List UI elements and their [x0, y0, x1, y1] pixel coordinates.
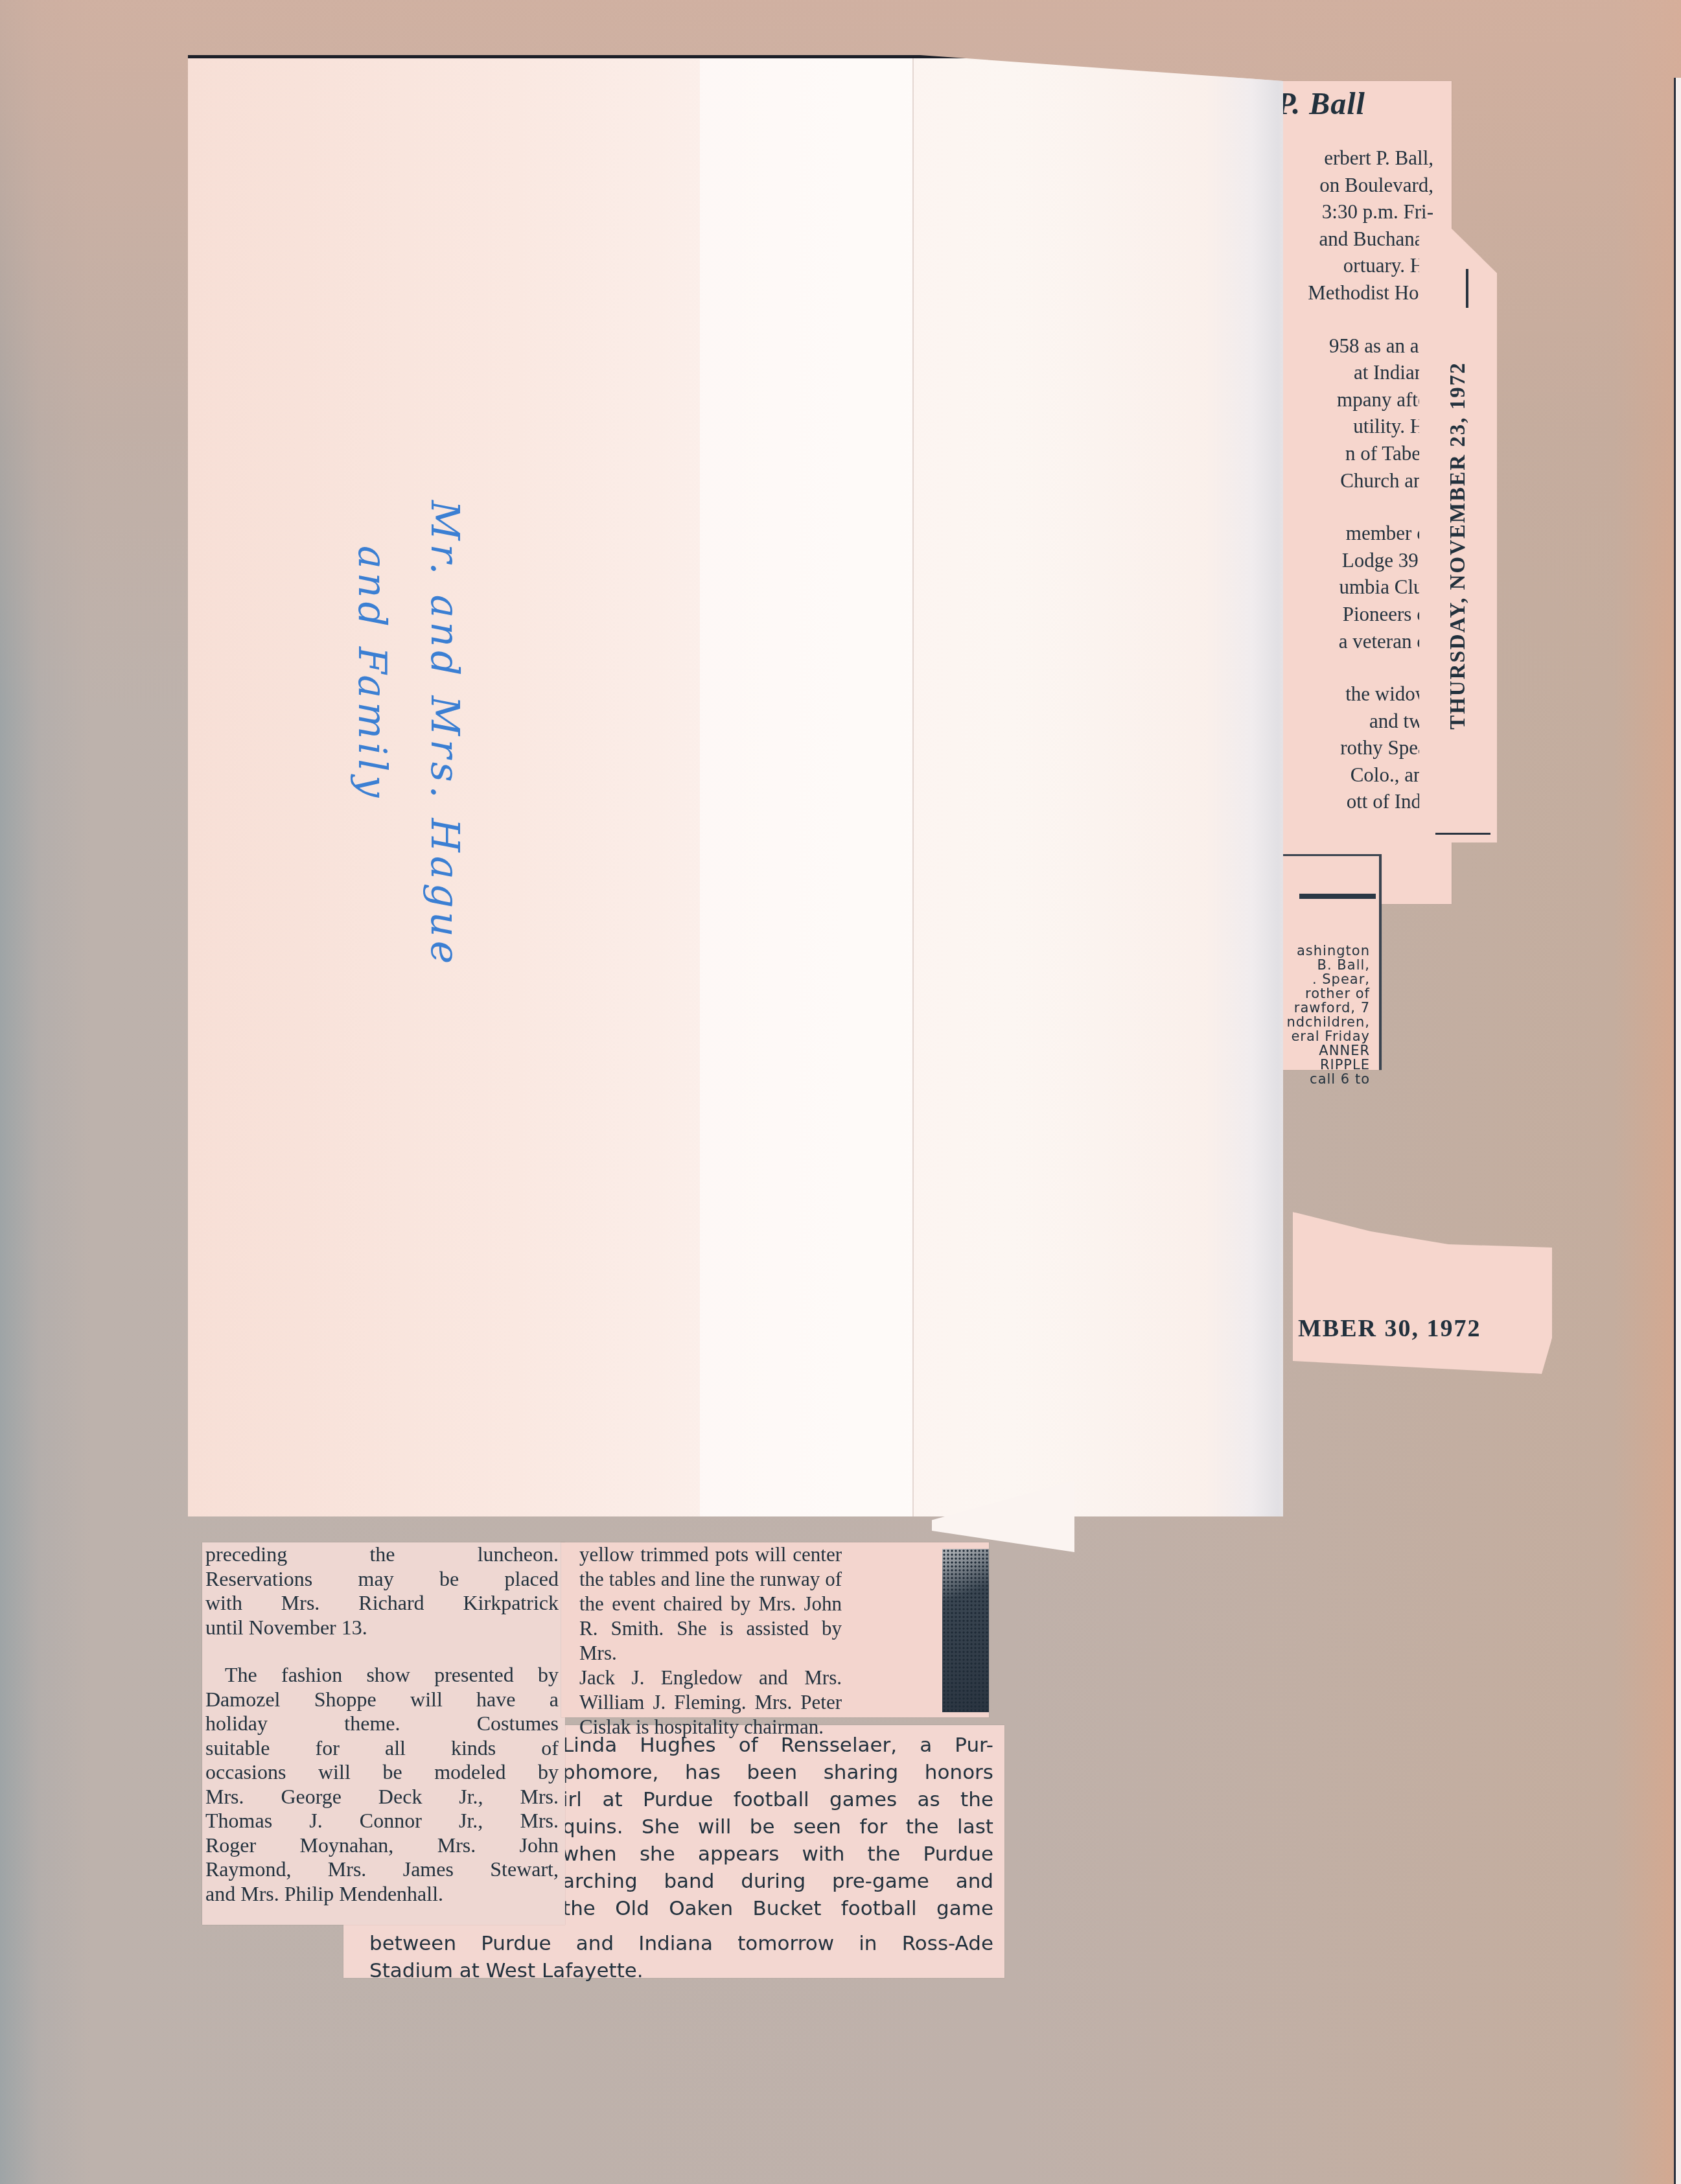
dateline-text: MBER 30, 1972 — [1298, 1314, 1481, 1343]
clipping-line: preceding the luncheon. — [205, 1542, 559, 1567]
clipping-line: yellow trimmed pots will center — [579, 1542, 842, 1567]
clipping-line: arching band during pre-game and — [562, 1868, 993, 1895]
clipping-line: Reservations may be placed — [205, 1567, 559, 1592]
obituary-line: umbia Club — [1264, 574, 1433, 601]
envelope: Mr. and Mrs. Hague and Family — [188, 55, 1283, 1516]
obituary-line: and two — [1264, 708, 1433, 735]
adjacent-page-edge — [1674, 78, 1681, 2184]
clipping-body: preceding the luncheon. Reservations may… — [205, 1542, 559, 1906]
clipping-line: Damozel Shoppe will have a — [205, 1688, 559, 1712]
halftone-photo — [942, 1549, 989, 1712]
notice-line: eral Friday — [1286, 1029, 1370, 1043]
notice-line: . Spear, — [1286, 972, 1370, 986]
obituary-line: ortuary. He — [1264, 252, 1433, 279]
obituary-line: utility. He — [1264, 413, 1433, 440]
notice-rule — [1299, 894, 1376, 899]
clipping-line: phomore, has been sharing honors — [562, 1759, 993, 1786]
obituary-line: 3:30 p.m. Fri- — [1264, 198, 1433, 226]
clipping-line: Mrs. George Deck Jr., Mrs. — [205, 1785, 559, 1809]
obituary-line: erbert P. Ball, — [1264, 145, 1433, 172]
clipping-line: Roger Moynahan, Mrs. John — [205, 1833, 559, 1858]
handwriting-line: Mr. and Mrs. Hague — [408, 500, 481, 1084]
clipping-line: R. Smith. She is assisted by Mrs. — [579, 1616, 842, 1666]
obituary-line: the widow, — [1264, 680, 1433, 708]
dateline-strip: THURSDAY, NOVEMBER 23, 1972 — [1419, 224, 1497, 842]
dateline-rule — [1435, 833, 1490, 835]
obituary-line: member of — [1264, 520, 1433, 547]
clipping-line: when she appears with the Purdue — [562, 1841, 993, 1868]
clipping-line: Jack J. Engledow and Mrs. — [579, 1666, 842, 1690]
obituary-line: Pioneers of — [1264, 601, 1433, 628]
notice-line: rother of — [1286, 986, 1370, 1001]
obituary-line: n of Taber- — [1264, 440, 1433, 467]
obituary-line: 958 as an as- — [1264, 332, 1433, 360]
notice-line: ANNER — [1286, 1043, 1370, 1058]
obituary-line: Methodist Hos- — [1264, 279, 1433, 307]
clipping-line: quins. She will be seen for the last — [562, 1813, 993, 1841]
clipping-line: suitable for all kinds of — [205, 1736, 559, 1761]
clipping-line: the tables and line the runway of — [579, 1567, 842, 1592]
obituary-body: erbert P. Ball, on Boulevard, 3:30 p.m. … — [1264, 145, 1433, 815]
obituary-line: rothy Spear — [1264, 734, 1433, 761]
obituary-line: a veteran of — [1264, 628, 1433, 655]
obituary-line: at Indiana — [1264, 359, 1433, 386]
clipping-line: the Old Oaken Bucket football game — [562, 1895, 993, 1922]
clipping-line: Thomas J. Connor Jr., Mrs. — [205, 1809, 559, 1833]
clipping-line: The fashion show presented by — [205, 1663, 559, 1688]
clipping-line: Stadium at West Lafayette. — [369, 1957, 993, 1984]
obituary-line: mpany after — [1264, 386, 1433, 413]
november-30-clipping: MBER 30, 1972 — [1293, 1212, 1552, 1374]
clipping-line: William J. Fleming. Mrs. Peter — [579, 1690, 842, 1715]
notice-line: ashington — [1286, 944, 1370, 958]
obituary-line: Lodge 398, — [1264, 547, 1433, 574]
notice-line: call 6 to — [1286, 1072, 1370, 1086]
handwriting-line: and Family — [336, 500, 408, 1084]
notice-line: rawford, 7 — [1286, 1001, 1370, 1015]
obituary-line: on Boulevard, — [1264, 172, 1433, 199]
clipping-line: occasions will be modeled by — [205, 1760, 559, 1785]
clipping-line: Cislak is hospitality chairman. — [579, 1715, 842, 1739]
clipping-body: yellow trimmed pots will center the tabl… — [579, 1542, 842, 1739]
dateline-rule — [1466, 269, 1468, 308]
clipping-line: irl at Purdue football games as the — [562, 1786, 993, 1813]
obituary-line: Church and — [1264, 467, 1433, 494]
clipping-body: Linda Hughes of Rensselaer, a Pur- phomo… — [562, 1732, 993, 1922]
handwritten-address: Mr. and Mrs. Hague and Family — [336, 500, 481, 1084]
obituary-line: Colo., and — [1264, 761, 1433, 789]
funeral-notice-clipping: ashington B. Ball, . Spear, rother of ra… — [1270, 854, 1382, 1070]
clipping-line: the event chaired by Mrs. John — [579, 1592, 842, 1616]
clipping-line: and Mrs. Philip Mendenhall. — [205, 1882, 559, 1907]
envelope-fold — [912, 58, 914, 1516]
clipping-line: with Mrs. Richard Kirkpatrick — [205, 1591, 559, 1616]
clipping-line: until November 13. — [205, 1616, 559, 1640]
clipping-line: holiday theme. Costumes — [205, 1712, 559, 1736]
envelope-highlight — [700, 58, 914, 1516]
luncheon-clipping: yellow trimmed pots will center the tabl… — [561, 1542, 989, 1717]
notice-line: B. Ball, — [1286, 958, 1370, 972]
dateline-text: THURSDAY, NOVEMBER 23, 1972 — [1446, 362, 1470, 730]
notice-text: ashington B. Ball, . Spear, rother of ra… — [1286, 944, 1370, 1086]
clipping-body-wide: between Purdue and Indiana tomorrow in R… — [369, 1930, 993, 1984]
fashion-show-clipping: preceding the luncheon. Reservations may… — [202, 1542, 565, 1925]
obituary-line: and Buchanan — [1264, 226, 1433, 253]
obituary-headline: P. Ball — [1277, 86, 1365, 122]
notice-line: RIPPLE — [1286, 1058, 1370, 1072]
notice-line: ndchildren, — [1286, 1015, 1370, 1029]
obituary-line: ott of Indi- — [1264, 788, 1433, 815]
clipping-line: Raymond, Mrs. James Stewart, — [205, 1857, 559, 1882]
clipping-line: between Purdue and Indiana tomorrow in R… — [369, 1930, 993, 1957]
